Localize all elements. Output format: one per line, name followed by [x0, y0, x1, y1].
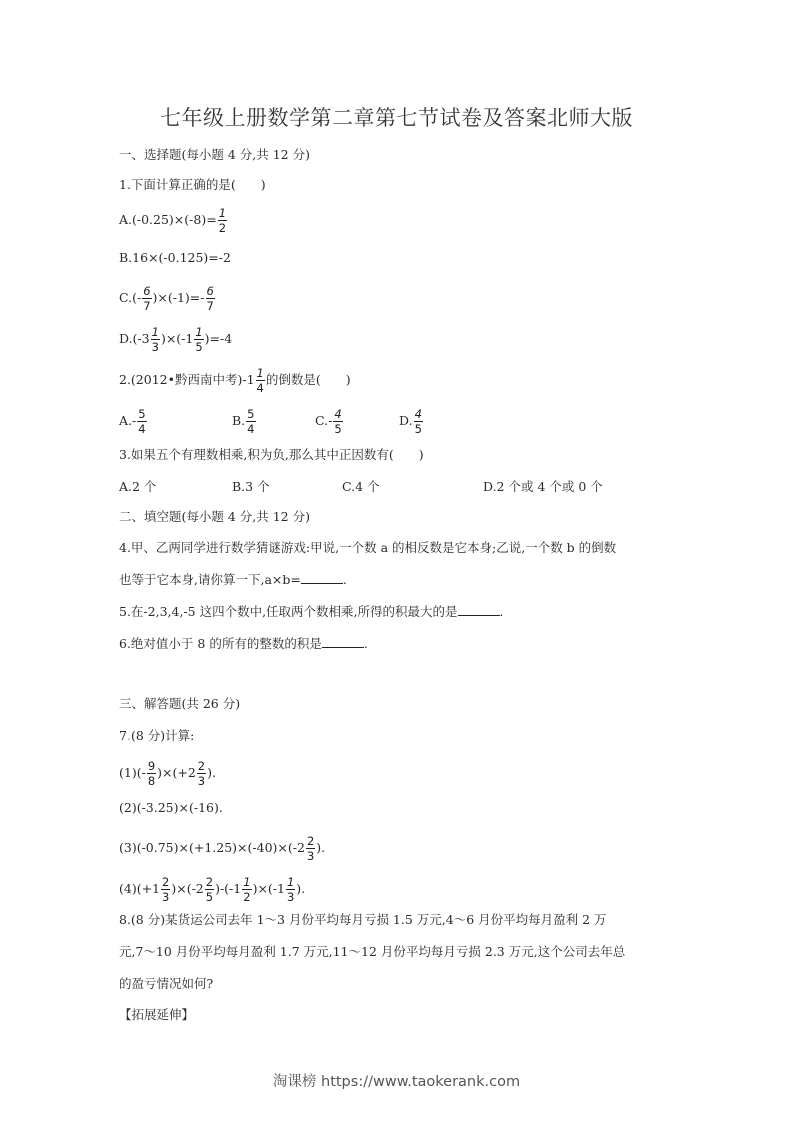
watermark-footer: 淘课榜 https://www.taokerank.com	[0, 1070, 793, 1091]
q3-option-d: D.2 个或 4 个或 0 个	[483, 479, 603, 495]
fraction: 67	[142, 285, 151, 312]
q7-part2: (2)(-3.25)×(-16).	[119, 800, 223, 816]
fraction: 14	[256, 367, 265, 394]
answer-blank[interactable]	[458, 603, 500, 616]
answer-blank[interactable]	[322, 635, 364, 648]
q8-line3: 的盈亏情况如何?	[119, 976, 213, 992]
q7-part3: (3)(-0.75)×(+1.25)×(-40)×(-223).	[119, 835, 325, 862]
q1-option-c: C.(-67)×(-1)=-67	[119, 285, 216, 312]
q1-option-d: D.(-313)×(-115)=-4	[119, 326, 232, 353]
q6: 6.绝对值小于 8 的所有的整数的积是.	[119, 635, 368, 652]
q3-option-b: B.3 个	[232, 479, 270, 495]
q3-option-a: A.2 个	[119, 479, 156, 495]
q7-part1: (1)(-98)×(+223).	[119, 760, 216, 787]
q2-option-b: B.54	[232, 408, 257, 435]
section-heading-fill: 二、填空题(每小题 4 分,共 12 分)	[119, 509, 310, 525]
q1-stem: 1.下面计算正确的是( )	[119, 177, 266, 193]
q1-option-b: B.16×(-0.125)=-2	[119, 250, 231, 266]
fraction: 15	[194, 326, 203, 353]
q2-option-a: A.-54	[119, 408, 148, 435]
q7-part4: (4)(+123)×(-225)-(-112)×(-113).	[119, 876, 305, 903]
q7-stem: 7.(8 分)计算:	[119, 728, 194, 744]
extension-heading: 【拓展延伸】	[119, 1007, 194, 1023]
q8-line1: 8.(8 分)某货运公司去年 1～3 月份平均每月亏损 1.5 万元,4～6 月…	[119, 912, 607, 928]
q1-a-text: A.(-0.25)×(-8)=	[119, 212, 217, 227]
q2-option-c: C.-45	[315, 408, 344, 435]
q4-line1: 4.甲、乙两同学进行数学猜谜游戏:甲说,一个数 a 的相反数是它本身;乙说,一个…	[119, 540, 616, 556]
section-heading-solve: 三、解答题(共 26 分)	[119, 696, 240, 712]
document-title: 七年级上册数学第二章第七节试卷及答案北师大版	[0, 102, 793, 132]
q4-line2: 也等于它本身,请你算一下,a×b=.	[119, 571, 347, 588]
q3-option-c: C.4 个	[342, 479, 380, 495]
q8-line2: 元,7～10 月份平均每月盈利 1.7 万元,11～12 月份平均每月亏损 2.…	[119, 944, 625, 960]
q2-stem: 2.(2012•黔西南中考)-114的倒数是( )	[119, 367, 351, 394]
section-heading-choice: 一、选择题(每小题 4 分,共 12 分)	[119, 147, 310, 163]
q3-stem: 3.如果五个有理数相乘,积为负,那么其中正因数有( )	[119, 447, 424, 463]
q2-option-d: D.45	[399, 408, 424, 435]
fraction: 67	[206, 285, 215, 312]
fraction: 13	[151, 326, 160, 353]
fraction: 12	[218, 207, 227, 234]
q1-option-a: A.(-0.25)×(-8)=12	[119, 207, 228, 234]
answer-blank[interactable]	[301, 571, 343, 584]
q5: 5.在-2,3,4,-5 这四个数中,任取两个数相乘,所得的积最大的是.	[119, 603, 504, 620]
